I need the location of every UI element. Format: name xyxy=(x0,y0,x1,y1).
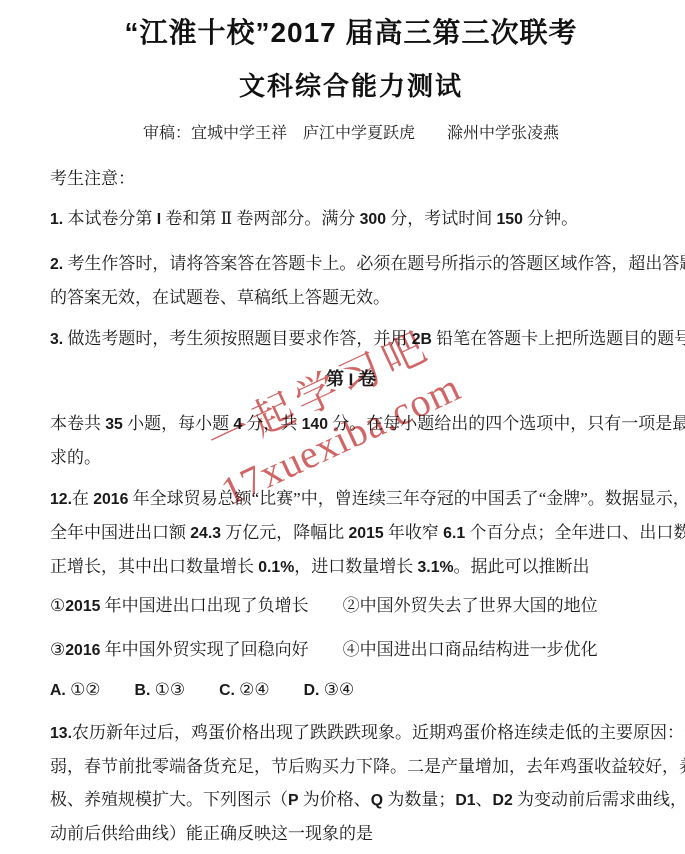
reviewers-line: 审稿：宜城中学王祥 庐江中学夏跃虎 滁州中学张凌燕 xyxy=(50,122,652,146)
question-12-stem: 12.在 2016 年全球贸易总额“比赛”中，曾连续三年夺冠的中国丢了“金牌”。… xyxy=(50,482,652,584)
question-12-line-2: 全年中国进出口额 24.3 万亿元，降幅比 2015 年收窄 6.1 个百分点；… xyxy=(50,516,652,550)
question-12-options-row-1: ①2015 年中国进出口出现了负增长 ②中国外贸失去了世界大国的地位 xyxy=(50,589,652,623)
notice-item-3: 3. 做选考题时，考生须按照题目要求作答，并用 2B 铅笔在答题卡上把所选题目的… xyxy=(50,322,652,356)
question-13-line-4: 动前后供给曲线）能正确反映这一现象的是 xyxy=(50,817,652,850)
question-12-answer-row: A. ①② B. ①③ C. ②④ D. ③④ xyxy=(50,673,652,707)
question-12-line-3: 正增长，其中出口数量增长 0.1%，进口数量增长 3.1%。据此可以推断出 xyxy=(50,550,652,584)
notice-heading: 考生注意： xyxy=(50,162,652,195)
section-intro-line-2: 求的。 xyxy=(50,441,652,474)
question-12-line-1: 12.在 2016 年全球贸易总额“比赛”中，曾连续三年夺冠的中国丢了“金牌”。… xyxy=(50,482,652,516)
question-12-options-row-2: ③2016 年中国外贸实现了回稳向好 ④中国进出口商品结构进一步优化 xyxy=(50,633,652,667)
question-12-answer-choices: A. ①② B. ①③ C. ②④ D. ③④ xyxy=(50,673,652,707)
question-12-options-1-2: ①2015 年中国进出口出现了负增长 ②中国外贸失去了世界大国的地位 xyxy=(50,589,652,623)
notice-item-2: 2. 考生作答时，请将答案答在答题卡上。必须在题号所指示的答题区域作答，超出答题… xyxy=(50,247,652,314)
question-13-line-3: 极、养殖规模扩大。下列图示（P 为价格、Q 为数量；D1、D2 为变动前后需求曲… xyxy=(50,783,652,817)
question-13-stem: 13.农历新年过后，鸡蛋价格出现了跌跌跌现象。近期鸡蛋价格连续走低的主要原因：一… xyxy=(50,716,652,850)
notice-item-2-line-2: 的答案无效，在试题卷、草稿纸上答题无效。 xyxy=(50,281,652,314)
notice-item-2-line-1: 2. 考生作答时，请将答案答在答题卡上。必须在题号所指示的答题区域作答，超出答题… xyxy=(50,247,652,281)
question-13-line-2: 弱，春节前批零端备货充足，节后购买力下降。二是产量增加，去年鸡蛋收益较好，养殖户… xyxy=(50,750,652,783)
exam-page: “江淮十校”2017 届高三第三次联考 文科综合能力测试 审稿：宜城中学王祥 庐… xyxy=(0,0,685,854)
notice-item-1-text: 1. 本试卷分第 I 卷和第 Ⅱ 卷两部分。满分 300 分，考试时间 150 … xyxy=(50,202,652,236)
section-1-intro: 本卷共 35 小题，每小题 4 分，共 140 分。在每小题给出的四个选项中，只… xyxy=(50,407,652,474)
question-13-line-1: 13.农历新年过后，鸡蛋价格出现了跌跌跌现象。近期鸡蛋价格连续走低的主要原因：一… xyxy=(50,716,652,750)
exam-subtitle: 文科综合能力测试 xyxy=(50,66,652,106)
notice-item-1: 1. 本试卷分第 I 卷和第 Ⅱ 卷两部分。满分 300 分，考试时间 150 … xyxy=(50,202,652,236)
section-1-heading: 第 I 卷 xyxy=(50,363,652,396)
notice-heading-block: 考生注意： xyxy=(50,162,652,195)
notice-item-3-text: 3. 做选考题时，考生须按照题目要求作答，并用 2B 铅笔在答题卡上把所选题目的… xyxy=(50,322,652,356)
exam-title: “江淮十校”2017 届高三第三次联考 xyxy=(50,12,652,54)
section-intro-line-1: 本卷共 35 小题，每小题 4 分，共 140 分。在每小题给出的四个选项中，只… xyxy=(50,407,652,441)
question-12-options-3-4: ③2016 年中国外贸实现了回稳向好 ④中国进出口商品结构进一步优化 xyxy=(50,633,652,667)
